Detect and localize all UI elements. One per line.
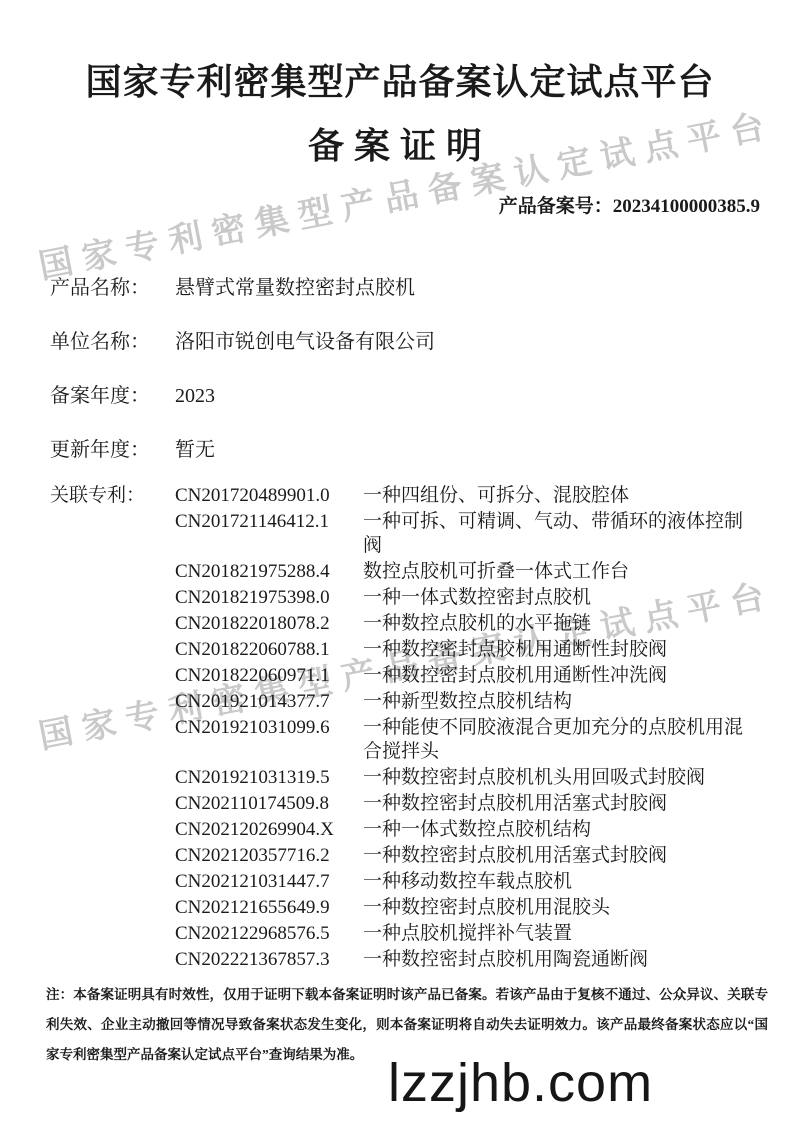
record-number-label: 产品备案号： — [499, 196, 613, 217]
record-number-value: 20234100000385.9 — [613, 196, 760, 217]
patent-number: CN201821975288.4 — [175, 560, 363, 584]
patent-title: 一种数控密封点胶机机头用回吸式封胶阀 — [363, 766, 758, 790]
patent-title: 一种数控密封点胶机用混胶头 — [363, 896, 758, 920]
field-row-update-year: 更新年度： 暂无 — [50, 440, 775, 461]
fields-section: 产品名称： 悬臂式常量数控密封点胶机 单位名称： 洛阳市锐创电气设备有限公司 备… — [50, 278, 775, 494]
patent-row: CN201921031099.6 一种能使不同胶液混合更加充分的点胶机用混合搅拌… — [175, 716, 778, 764]
patent-title: 一种数控密封点胶机用活塞式封胶阀 — [363, 792, 758, 816]
patent-title: 一种数控点胶机的水平拖链 — [363, 612, 758, 636]
field-row-filing-year: 备案年度： 2023 — [50, 386, 775, 407]
filing-year-label: 备案年度： — [50, 386, 175, 407]
patent-number: CN201821975398.0 — [175, 586, 363, 610]
filing-year-value: 2023 — [175, 386, 775, 407]
patent-number: CN202120357716.2 — [175, 844, 363, 868]
patent-row: CN202122968576.5 一种点胶机搅拌补气装置 — [175, 922, 778, 946]
patent-number: CN202121031447.7 — [175, 870, 363, 894]
patent-title: 一种数控密封点胶机用通断性冲洗阀 — [363, 664, 758, 688]
patent-row: CN201821975398.0 一种一体式数控密封点胶机 — [175, 586, 778, 610]
patent-title: 一种一体式数控密封点胶机 — [363, 586, 758, 610]
patent-row: CN201921014377.7 一种新型数控点胶机结构 — [175, 690, 778, 714]
patent-number: CN201822060971.1 — [175, 664, 363, 688]
patent-row: CN202120269904.X 一种一体式数控点胶机结构 — [175, 818, 778, 842]
patent-title: 一种数控密封点胶机用通断性封胶阀 — [363, 638, 758, 662]
patent-title: 一种可拆、可精调、气动、带循环的液体控制阀 — [363, 510, 758, 558]
field-row-product-name: 产品名称： 悬臂式常量数控密封点胶机 — [50, 278, 775, 299]
patent-row: CN201822060788.1 一种数控密封点胶机用通断性封胶阀 — [175, 638, 778, 662]
patents-section: 关联专利： CN201720489901.0 一种四组份、可拆分、混胶腔体 CN… — [50, 484, 778, 974]
patent-number: CN202120269904.X — [175, 818, 363, 842]
patent-title: 一种移动数控车载点胶机 — [363, 870, 758, 894]
patents-label: 关联专利： — [50, 484, 175, 508]
patent-row: CN202221367857.3 一种数控密封点胶机用陶瓷通断阀 — [175, 948, 778, 972]
patent-number: CN201921014377.7 — [175, 690, 363, 714]
patent-number: CN201921031319.5 — [175, 766, 363, 790]
certificate-page: 国家专利密集型产品备案认定试点平台 国家专利密集型产品备案认定试点平台 国家专利… — [0, 0, 800, 1132]
patent-number: CN201822018078.2 — [175, 612, 363, 636]
patent-row: CN201822018078.2 一种数控点胶机的水平拖链 — [175, 612, 778, 636]
patent-number: CN202122968576.5 — [175, 922, 363, 946]
patent-row: CN202110174509.8 一种数控密封点胶机用活塞式封胶阀 — [175, 792, 778, 816]
certificate-title: 国家专利密集型产品备案认定试点平台 — [0, 54, 800, 105]
certificate-subtitle: 备案证明 — [0, 118, 800, 169]
update-year-label: 更新年度： — [50, 440, 175, 461]
patent-title: 一种点胶机搅拌补气装置 — [363, 922, 758, 946]
patent-row: CN201921031319.5 一种数控密封点胶机机头用回吸式封胶阀 — [175, 766, 778, 790]
patent-number: CN201720489901.0 — [175, 484, 363, 508]
patent-title: 一种一体式数控点胶机结构 — [363, 818, 758, 842]
patent-title: 数控点胶机可折叠一体式工作台 — [363, 560, 758, 584]
update-year-value: 暂无 — [175, 440, 775, 461]
site-watermark: lzzjhb.com — [388, 1052, 653, 1114]
company-name-label: 单位名称： — [50, 332, 175, 353]
patent-number: CN201921031099.6 — [175, 716, 363, 740]
patent-title: 一种数控密封点胶机用陶瓷通断阀 — [363, 948, 758, 972]
product-name-value: 悬臂式常量数控密封点胶机 — [175, 278, 775, 299]
patent-row: CN201821975288.4 数控点胶机可折叠一体式工作台 — [175, 560, 778, 584]
patent-number: CN201822060788.1 — [175, 638, 363, 662]
patent-number: CN202110174509.8 — [175, 792, 363, 816]
patent-title: 一种数控密封点胶机用活塞式封胶阀 — [363, 844, 758, 868]
patent-row: CN201721146412.1 一种可拆、可精调、气动、带循环的液体控制阀 — [175, 510, 778, 558]
patent-number: CN201721146412.1 — [175, 510, 363, 534]
patent-number: CN202221367857.3 — [175, 948, 363, 972]
patent-row: CN201822060971.1 一种数控密封点胶机用通断性冲洗阀 — [175, 664, 778, 688]
patent-title: 一种能使不同胶液混合更加充分的点胶机用混合搅拌头 — [363, 716, 758, 764]
patent-row: CN201720489901.0 一种四组份、可拆分、混胶腔体 — [175, 484, 778, 508]
patent-row: CN202121655649.9 一种数控密封点胶机用混胶头 — [175, 896, 778, 920]
patent-title: 一种新型数控点胶机结构 — [363, 690, 758, 714]
patent-row: CN202120357716.2 一种数控密封点胶机用活塞式封胶阀 — [175, 844, 778, 868]
company-name-value: 洛阳市锐创电气设备有限公司 — [175, 332, 775, 353]
patent-title: 一种四组份、可拆分、混胶腔体 — [363, 484, 758, 508]
patent-list: CN201720489901.0 一种四组份、可拆分、混胶腔体 CN201721… — [175, 484, 778, 974]
record-number-line: 产品备案号：20234100000385.9 — [499, 191, 760, 218]
patent-number: CN202121655649.9 — [175, 896, 363, 920]
field-row-company-name: 单位名称： 洛阳市锐创电气设备有限公司 — [50, 332, 775, 353]
product-name-label: 产品名称： — [50, 278, 175, 299]
patent-row: CN202121031447.7 一种移动数控车载点胶机 — [175, 870, 778, 894]
